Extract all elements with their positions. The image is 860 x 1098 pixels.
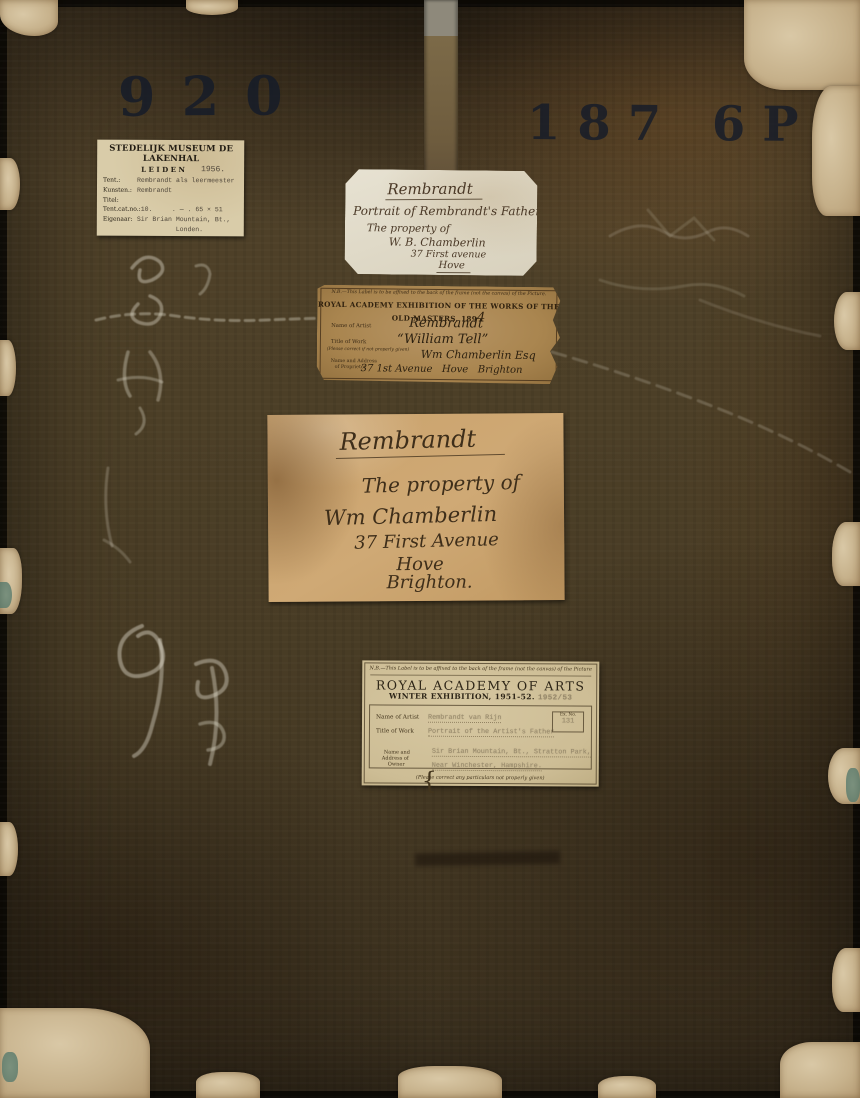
owner-name: W. B. Chamberlin: [389, 235, 486, 249]
royal-academy-1894-label: N.B.—This Label is to be affixed to the …: [316, 285, 560, 385]
tape-remnant: [812, 86, 860, 216]
work-title-handwritten: “William Tell”: [397, 332, 488, 347]
property-line: The property of: [367, 222, 450, 235]
work-field-label: Title of Work: [376, 728, 414, 734]
exno-value: 131: [553, 717, 583, 725]
tape-remnant: [598, 1076, 656, 1098]
tape-remnant: [0, 1008, 150, 1098]
artist-name-handwritten: Rembrandt: [335, 424, 504, 459]
owner-address: 37 First Avenue: [354, 529, 499, 554]
tape-remnant: [0, 340, 16, 396]
fields-box: Name of Artist Rembrandt van Rijn Title …: [369, 704, 592, 769]
vertical-tape-strip: [424, 0, 458, 176]
museum-label-row: Kunsten.: Rembrandt: [103, 185, 239, 196]
owner-typed-line2: Near Winchester, Hampshire.: [432, 762, 542, 772]
label-notice: N.B.—This Label is to be affixed to the …: [362, 665, 599, 672]
paint-trace: [846, 768, 860, 802]
owner-typed-line1: Sir Brian Mountain, Bt., Stratton Park,: [432, 748, 591, 758]
tape-remnant: [834, 292, 860, 350]
correct-note: (Please correct if not properly given): [327, 347, 409, 353]
museum-label-row: Eigenaar: Sir Brian Mountain, Bt., Londe…: [103, 215, 239, 236]
owner-name: Wm Chamberlin: [324, 502, 498, 530]
artist-name-handwritten: Rembrandt: [385, 180, 483, 201]
artist-field-label: Name of Artist: [331, 323, 371, 329]
museum-label-year: 1956.: [201, 165, 225, 174]
dark-smudge: [415, 851, 560, 867]
museum-label-row: Tent.: Rembrandt als leermeester: [103, 175, 239, 186]
work-field-label: Title of Work: [331, 339, 366, 345]
tape-remnant: [186, 0, 238, 15]
artist-handwritten: Rembrandt: [409, 316, 483, 332]
painting-verso-photo: 920 187 6P STEDELIJK MUSEUM: [0, 0, 860, 1098]
octagonal-handwritten-label: Rembrandt Portrait of Rembrandt's Father…: [344, 169, 537, 276]
owner-town: Hove: [436, 260, 470, 273]
tape-remnant: [0, 158, 20, 210]
tape-remnant: [196, 1072, 260, 1098]
stedelijk-museum-label: STEDELIJK MUSEUM DE LAKENHAL LEIDEN 1956…: [97, 140, 245, 237]
owner-city: Brighton.: [386, 572, 472, 594]
large-handwritten-label: Rembrandt The property of Wm Chamberlin …: [267, 413, 564, 602]
tape-remnant: [0, 822, 18, 876]
museum-label-title: STEDELIJK MUSEUM DE LAKENHAL: [103, 145, 239, 165]
owner-field-label: Owner: [388, 762, 405, 768]
label-footer: (Please correct any particulars not prop…: [362, 774, 599, 781]
artist-field-label: Name of Artist: [376, 714, 419, 720]
paint-trace: [0, 582, 12, 608]
paint-trace: [2, 1052, 18, 1082]
royal-academy-1951-label: N.B.—This Label is to be affixed to the …: [362, 660, 600, 786]
tape-remnant: [744, 0, 860, 90]
owner-address: 37 First avenue: [411, 249, 487, 261]
exhibit-number-box: Ex. No. 131: [552, 711, 584, 732]
stencil-number-top-right: 187 6P: [527, 95, 816, 153]
tape-remnant: [780, 1042, 860, 1098]
exhibition-subtitle: WINTER EXHIBITION, 1951-52. 1952/53: [362, 691, 599, 702]
owner-address-handwritten: 37 1st Avenue Hove Brighton: [361, 363, 523, 376]
property-line: The property of: [362, 470, 521, 498]
tape-remnant: [832, 948, 860, 1012]
stencil-number-top-left: 920: [118, 63, 309, 129]
work-title-handwritten: Portrait of Rembrandt's Father.: [353, 204, 543, 218]
work-typed: Portrait of the Artist's Father: [428, 728, 554, 738]
museum-label-city: LEIDEN: [141, 164, 187, 173]
tape-remnant: [398, 1066, 502, 1098]
museum-label-row: Tent.cat.no.: 10. . — . 65 × 51: [103, 205, 239, 216]
artist-typed: Rembrandt van Rijn: [428, 714, 501, 723]
typed-year: 1952/53: [538, 694, 572, 702]
owner-handwritten: Wm Chamberlin Esq: [421, 348, 536, 362]
tape-remnant: [832, 522, 860, 586]
